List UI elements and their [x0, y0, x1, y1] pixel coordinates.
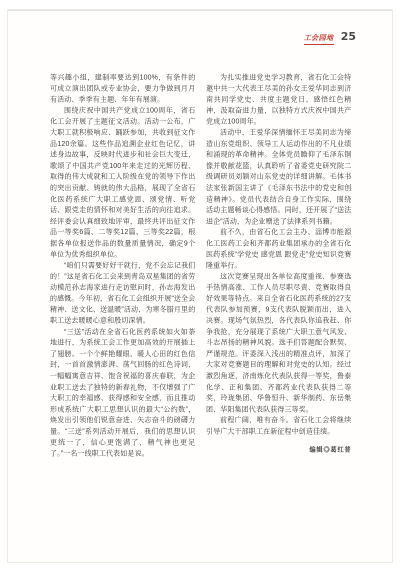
paragraph-left-1: 等兴趣小组，建制率要达到100%，有条件的可成立演出团队或专业协会，要力争做到月… [50, 72, 195, 105]
editor-credit: 编辑◎葛红普 [206, 444, 351, 453]
left-column: 等兴趣小组，建制率要达到100%，有条件的可成立演出团队或专业协会，要力争做到月… [50, 72, 195, 459]
paragraph-left-4: “三送”活动在全省石化医药系统如火如荼地进行，为系统工会工作更加高效的开展插上了… [50, 326, 195, 459]
page-number: 25 [341, 30, 356, 43]
paragraph-left-3: “咱们只需要好好干就行，党不会忘记我们的！”这是省石化工会来到青岛双星集团的省劳… [50, 260, 195, 326]
page-header: 工会园地 25 [304, 30, 356, 45]
article-body: 等兴趣小组，建制率要达到100%，有条件的可成立演出团队或专业协会，要力争做到月… [50, 72, 351, 545]
paragraph-right-3: 前不久，由省石化工会主办、淄博市能源化工医药工会和齐都药业集团承办的全省石化医药… [206, 227, 351, 271]
column-label: 工会园地 [304, 33, 334, 45]
paragraph-right-2: 活动中，王爱华深情缅怀王尽美同志为缔造山东党组织、领导工人运动作出的不凡业绩和涌… [206, 127, 351, 227]
right-column: 为扎实推进党史学习教育，省石化工会特邀中共一大代表王尽美的孙女王爱华同志到济南共… [206, 72, 351, 459]
paragraph-right-1: 为扎实推进党史学习教育，省石化工会特邀中共一大代表王尽美的孙女王爱华同志到济南共… [206, 72, 351, 127]
paragraph-right-4: 这次竞赛呈现出各单位高度重视、参赛选手热情高涨、工作人员尽职尽责、竞赛取得良好效… [206, 271, 351, 415]
paragraph-left-2: 围绕庆祝中国共产党成立100周年，省石化工会开展了主题征文活动。活动一公布，广大… [50, 105, 195, 260]
paragraph-right-5: 前程广阔，唯有奋斗。省石化工会将继续引导广大干部职工在新征程中创造佳绩。 [206, 415, 351, 437]
